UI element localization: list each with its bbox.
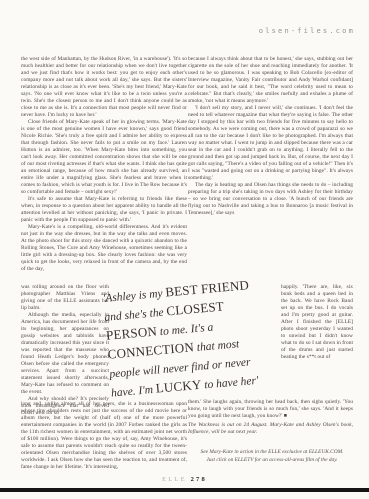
site-watermark: olsen-files.com — [243, 27, 355, 35]
right-column-top: because I always think about that to be … — [188, 56, 353, 217]
quote-italic-text: have. I'm — [111, 384, 157, 400]
quote-italic-text: to me. It's a — [157, 321, 214, 338]
left-column-bottom: long and, unlike almost all of her peers… — [21, 401, 187, 471]
promo-note: See Mary-Kate in action in the ELLE excl… — [196, 449, 348, 464]
paragraph: long and, unlike almost all of her peers… — [21, 401, 187, 471]
quote-emphasis-text: LUCKY — [155, 377, 202, 396]
paragraph: It's safe to assume that Mary-Kate is re… — [21, 196, 187, 224]
credits-note: The Wackness is out on 24 August. Mary-K… — [188, 422, 353, 436]
paragraph: because I always think about that to be … — [188, 56, 353, 105]
quote-emphasis-text: PERSON — [105, 323, 157, 342]
right-column-bottom: them.' She laughs again, throwing her he… — [188, 399, 353, 436]
paragraph: Mary-Kate's is a compelling, old-world d… — [21, 224, 187, 273]
paragraph: Close friends of Mary-Kate speak of her … — [21, 119, 187, 196]
pull-quote: 'Ashley is my BEST FRIENDand she's the C… — [102, 271, 316, 402]
footer-page-number: 278 — [191, 476, 207, 483]
quote-italic-text: that most — [193, 338, 239, 354]
page-footer: ELLE 278 — [0, 476, 369, 483]
paragraph: was rolling around on the floor with pho… — [21, 284, 109, 312]
page-edge-bar — [0, 488, 369, 492]
footer-magazine-name: ELLE — [162, 476, 187, 483]
paragraph: them.' She laughs again, throwing her he… — [188, 399, 353, 420]
paragraph: the west side of Manhattan, by the Hudso… — [21, 56, 187, 119]
paragraph: 'I don't sell my story, and I never will… — [188, 105, 353, 182]
left-column-narrow: was rolling around on the floor with pho… — [21, 284, 109, 417]
quote-emphasis-text: BEST FRIEND — [165, 277, 250, 299]
paragraph: Although the media, especially in Americ… — [21, 312, 109, 396]
paragraph: The day is heating up and Olsen has thin… — [188, 182, 353, 217]
left-column-top: the west side of Manhattan, by the Hudso… — [21, 56, 187, 273]
magazine-page: olsen-files.com the west side of Manhatt… — [0, 0, 369, 499]
quote-emphasis-text: CLOSEST — [166, 298, 225, 318]
quote-italic-text: to have her' — [201, 375, 259, 392]
